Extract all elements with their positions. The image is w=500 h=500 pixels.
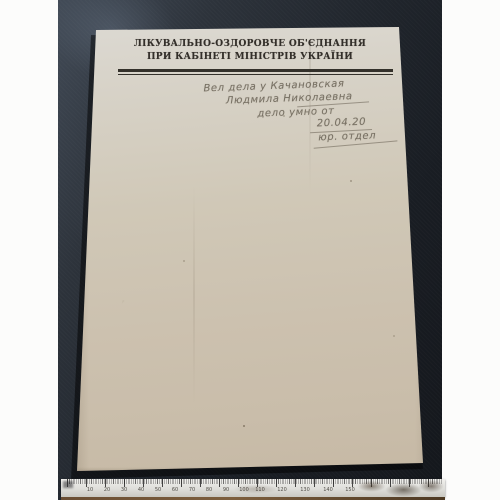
handwritten-notes: Вел дела у Качановская Людмила Николаевн… bbox=[183, 71, 417, 189]
letterhead-line1: ЛІКУВАЛЬНО-ОЗДОРОВЧЕ ОБ'ЄДНАННЯ bbox=[100, 38, 400, 51]
letterhead-text: ЛІКУВАЛЬНО-ОЗДОРОВЧЕ ОБ'ЄДНАННЯ ПРИ КАБІ… bbox=[100, 38, 400, 64]
ruler-label: 50 bbox=[151, 487, 165, 494]
ruler-label: 20 bbox=[100, 487, 114, 494]
ruler-label: 10 bbox=[83, 487, 97, 494]
ruler-label: 130 bbox=[298, 487, 312, 494]
metal-ruler: 10 20 30 40 50 60 70 80 90 100 110 120 1… bbox=[61, 479, 445, 497]
letterhead-line2: ПРИ КАБІНЕТІ МІНІСТРІВ УКРАЇНИ bbox=[100, 51, 400, 64]
ruler-smudge bbox=[353, 479, 445, 497]
handwriting-date: 20.04.20 bbox=[317, 117, 367, 130]
ruler-end-mark bbox=[63, 481, 73, 488]
ruler-smudge bbox=[221, 483, 291, 495]
paper-crease bbox=[193, 185, 195, 405]
ruler-label: 30 bbox=[117, 487, 131, 494]
ruler-label: 70 bbox=[185, 487, 199, 494]
ruler-label: 60 bbox=[168, 487, 182, 494]
handwriting-signature: юр. отдел bbox=[318, 130, 376, 143]
ruler-label: 40 bbox=[134, 487, 148, 494]
photo-of-letterhead-document: ЛІКУВАЛЬНО-ОЗДОРОВЧЕ ОБ'ЄДНАННЯ ПРИ КАБІ… bbox=[0, 0, 500, 500]
paper-specks bbox=[243, 425, 245, 427]
paper-sheet: ЛІКУВАЛЬНО-ОЗДОРОВЧЕ ОБ'ЄДНАННЯ ПРИ КАБІ… bbox=[75, 25, 425, 473]
ruler-label: 80 bbox=[202, 487, 216, 494]
ruler-label: 140 bbox=[321, 487, 335, 494]
paper-crease bbox=[94, 300, 336, 470]
